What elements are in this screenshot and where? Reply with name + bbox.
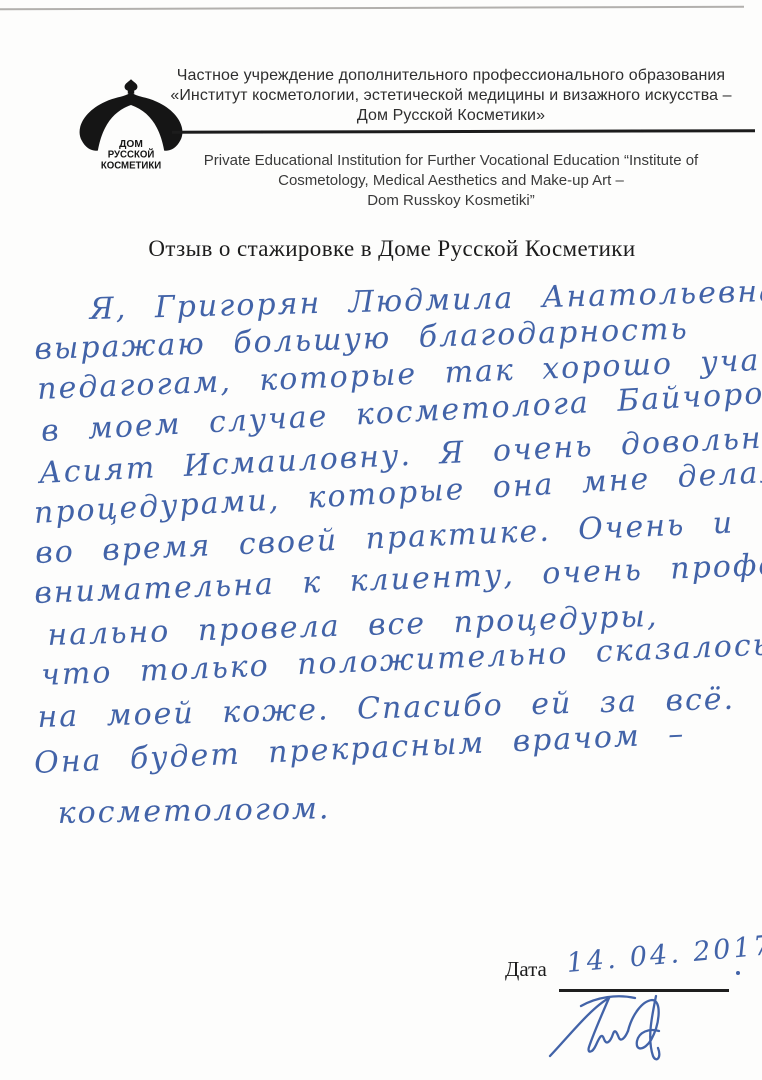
scanned-document-page: ДОМ РУССКОЙ КОСМЕТИКИ Частное учреждение… bbox=[0, 0, 762, 1080]
date-label: Дата bbox=[505, 957, 547, 982]
letterhead-en-line: Dom Russkoy Kosmetiki” bbox=[150, 191, 752, 211]
letterhead-divider bbox=[172, 129, 755, 134]
letterhead-ru-line: Дом Русской Косметики» bbox=[150, 106, 752, 126]
scan-edge-artifact bbox=[0, 6, 744, 10]
logo-text-line: ДОМ bbox=[119, 139, 143, 150]
letterhead-russian: Частное учреждение дополнительного профе… bbox=[150, 66, 752, 126]
handwriting-line: косметологом. bbox=[57, 791, 330, 831]
ink-dot bbox=[736, 971, 740, 975]
signature-flourish-icon bbox=[545, 990, 730, 1065]
letterhead-ru-line: Частное учреждение дополнительного профе… bbox=[150, 66, 752, 86]
letterhead-en-line: Cosmetology, Medical Aesthetics and Make… bbox=[150, 171, 752, 191]
document-title: Отзыв о стажировке в Доме Русской Космет… bbox=[0, 236, 762, 262]
letterhead-english: Private Educational Institution for Furt… bbox=[150, 151, 752, 211]
letterhead-en-line: Private Educational Institution for Furt… bbox=[150, 151, 752, 171]
handwritten-date: 14. 04. 2017. bbox=[565, 929, 762, 979]
letterhead-ru-line: «Институт косметологии, эстетической мед… bbox=[150, 86, 752, 106]
logo-text-line: РУССКОЙ bbox=[108, 149, 155, 161]
